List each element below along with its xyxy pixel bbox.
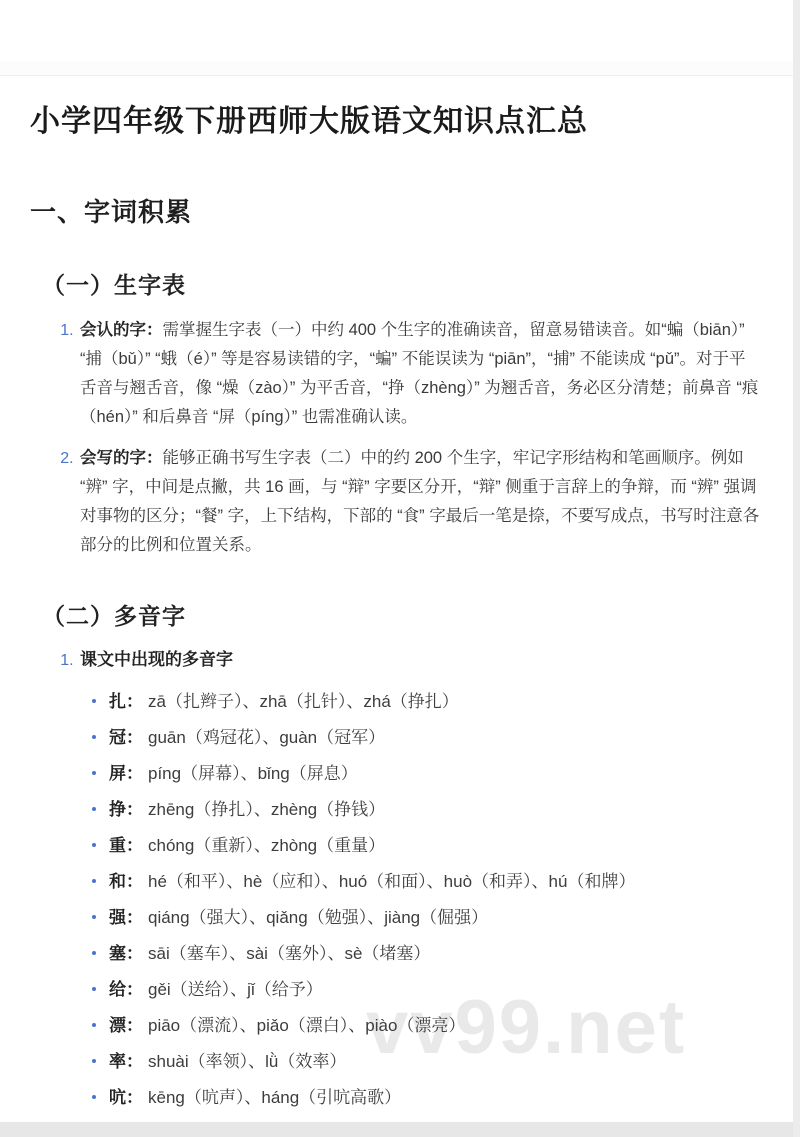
- bullet-icon: [92, 1095, 96, 1099]
- polyphone-char: 和：: [109, 872, 143, 891]
- document-body: 小学四年级下册西师大版语文知识点汇总 一、字词积累 （一）生字表 会认的字：需掌…: [0, 0, 800, 1109]
- list-item: 漂：piāo（漂流）、piǎo（漂白）、piào（漂亮）: [92, 1014, 760, 1037]
- list-item: 和：hé（和平）、hè（应和）、huó（和面）、huò（和弄）、hú（和牌）: [92, 870, 760, 893]
- list-item: 扎：zā（扎辫子）、zhā（扎针）、zhá（挣扎）: [92, 690, 760, 713]
- bullet-icon: [92, 1059, 96, 1063]
- polyphone-readings: kēng（吭声）、háng（引吭高歌）: [148, 1088, 401, 1107]
- list-item: 课文中出现的多音字: [78, 645, 760, 674]
- polyphone-char: 塞：: [109, 944, 143, 963]
- list-item: 强：qiáng（强大）、qiǎng（勉强）、jiàng（倔强）: [92, 906, 760, 929]
- polyphone-char: 给：: [109, 980, 143, 999]
- list-item: 塞：sāi（塞车）、sài（塞外）、sè（堵塞）: [92, 942, 760, 965]
- list-item: 会写的字：能够正确书写生字表（二）中的约 200 个生字，牢记字形结构和笔画顺序…: [78, 444, 760, 560]
- bullet-icon: [92, 699, 96, 703]
- sub-heading-character-table: （一）生字表: [42, 267, 760, 300]
- page-bottom-band: [0, 1122, 793, 1137]
- polyphone-readings: hé（和平）、hè（应和）、huó（和面）、huò（和弄）、hú（和牌）: [148, 872, 635, 891]
- item-text: 能够正确书写生字表（二）中的约 200 个生字，牢记字形结构和笔画顺序。例如 “…: [80, 449, 759, 554]
- list-item: 挣：zhēng（挣扎）、zhèng（挣钱）: [92, 798, 760, 821]
- polyphone-char: 重：: [109, 836, 143, 855]
- polyphone-readings: qiáng（强大）、qiǎng（勉强）、jiàng（倔强）: [148, 908, 488, 927]
- bullet-icon: [92, 771, 96, 775]
- polyphone-char: 扎：: [109, 692, 143, 711]
- bullet-icon: [92, 915, 96, 919]
- bullet-icon: [92, 807, 96, 811]
- bullet-icon: [92, 843, 96, 847]
- polyphone-readings: shuài（率领）、lǜ（效率）: [148, 1052, 346, 1071]
- polyphone-readings: piāo（漂流）、piǎo（漂白）、piào（漂亮）: [148, 1016, 465, 1035]
- polyphone-readings: sāi（塞车）、sài（塞外）、sè（堵塞）: [148, 944, 430, 963]
- polyphone-char: 冠：: [109, 728, 143, 747]
- polyphone-readings: chóng（重新）、zhòng（重量）: [148, 836, 385, 855]
- polyphone-char: 挣：: [109, 800, 143, 819]
- list-item: 率：shuài（率领）、lǜ（效率）: [92, 1050, 760, 1073]
- polyphone-list-title: 课文中出现的多音字: [80, 650, 233, 669]
- polyphone-title-list: 课文中出现的多音字: [30, 645, 760, 674]
- list-item: 屏：píng（屏幕）、bǐng（屏息）: [92, 762, 760, 785]
- list-item: 吭：kēng（吭声）、háng（引吭高歌）: [92, 1086, 760, 1109]
- bullet-icon: [92, 735, 96, 739]
- character-table-list: 会认的字：需掌握生字表（一）中约 400 个生字的准确读音，留意易错读音。如“蝙…: [30, 316, 760, 560]
- bullet-icon: [92, 1023, 96, 1027]
- polyphone-char: 率：: [109, 1052, 143, 1071]
- list-item: 冠：guān（鸡冠花）、guàn（冠军）: [92, 726, 760, 749]
- polyphone-readings: guān（鸡冠花）、guàn（冠军）: [148, 728, 385, 747]
- item-text: 需掌握生字表（一）中约 400 个生字的准确读音，留意易错读音。如“蝙（biān…: [80, 321, 758, 426]
- polyphone-readings: zhēng（挣扎）、zhèng（挣钱）: [148, 800, 385, 819]
- list-item: 重：chóng（重新）、zhòng（重量）: [92, 834, 760, 857]
- section-heading-word-accumulation: 一、字词积累: [30, 192, 760, 229]
- list-item: 会认的字：需掌握生字表（一）中约 400 个生字的准确读音，留意易错读音。如“蝙…: [78, 316, 760, 432]
- item-label: 会写的字：: [80, 449, 163, 467]
- polyphone-char: 漂：: [109, 1016, 143, 1035]
- item-label: 会认的字：: [80, 321, 163, 339]
- bullet-icon: [92, 951, 96, 955]
- polyphone-readings: píng（屏幕）、bǐng（屏息）: [148, 764, 358, 783]
- bullet-icon: [92, 879, 96, 883]
- page-title: 小学四年级下册西师大版语文知识点汇总: [30, 96, 760, 140]
- polyphone-char: 吭：: [109, 1088, 143, 1107]
- list-item: 给：gěi（送给）、jǐ（给予）: [92, 978, 760, 1001]
- polyphone-list: 扎：zā（扎辫子）、zhā（扎针）、zhá（挣扎） 冠：guān（鸡冠花）、gu…: [92, 690, 760, 1109]
- bullet-icon: [92, 987, 96, 991]
- sub-heading-polyphones: （二）多音字: [42, 598, 760, 631]
- polyphone-readings: zā（扎辫子）、zhā（扎针）、zhá（挣扎）: [148, 692, 459, 711]
- polyphone-readings: gěi（送给）、jǐ（给予）: [148, 980, 323, 999]
- polyphone-char: 屏：: [109, 764, 143, 783]
- polyphone-char: 强：: [109, 908, 143, 927]
